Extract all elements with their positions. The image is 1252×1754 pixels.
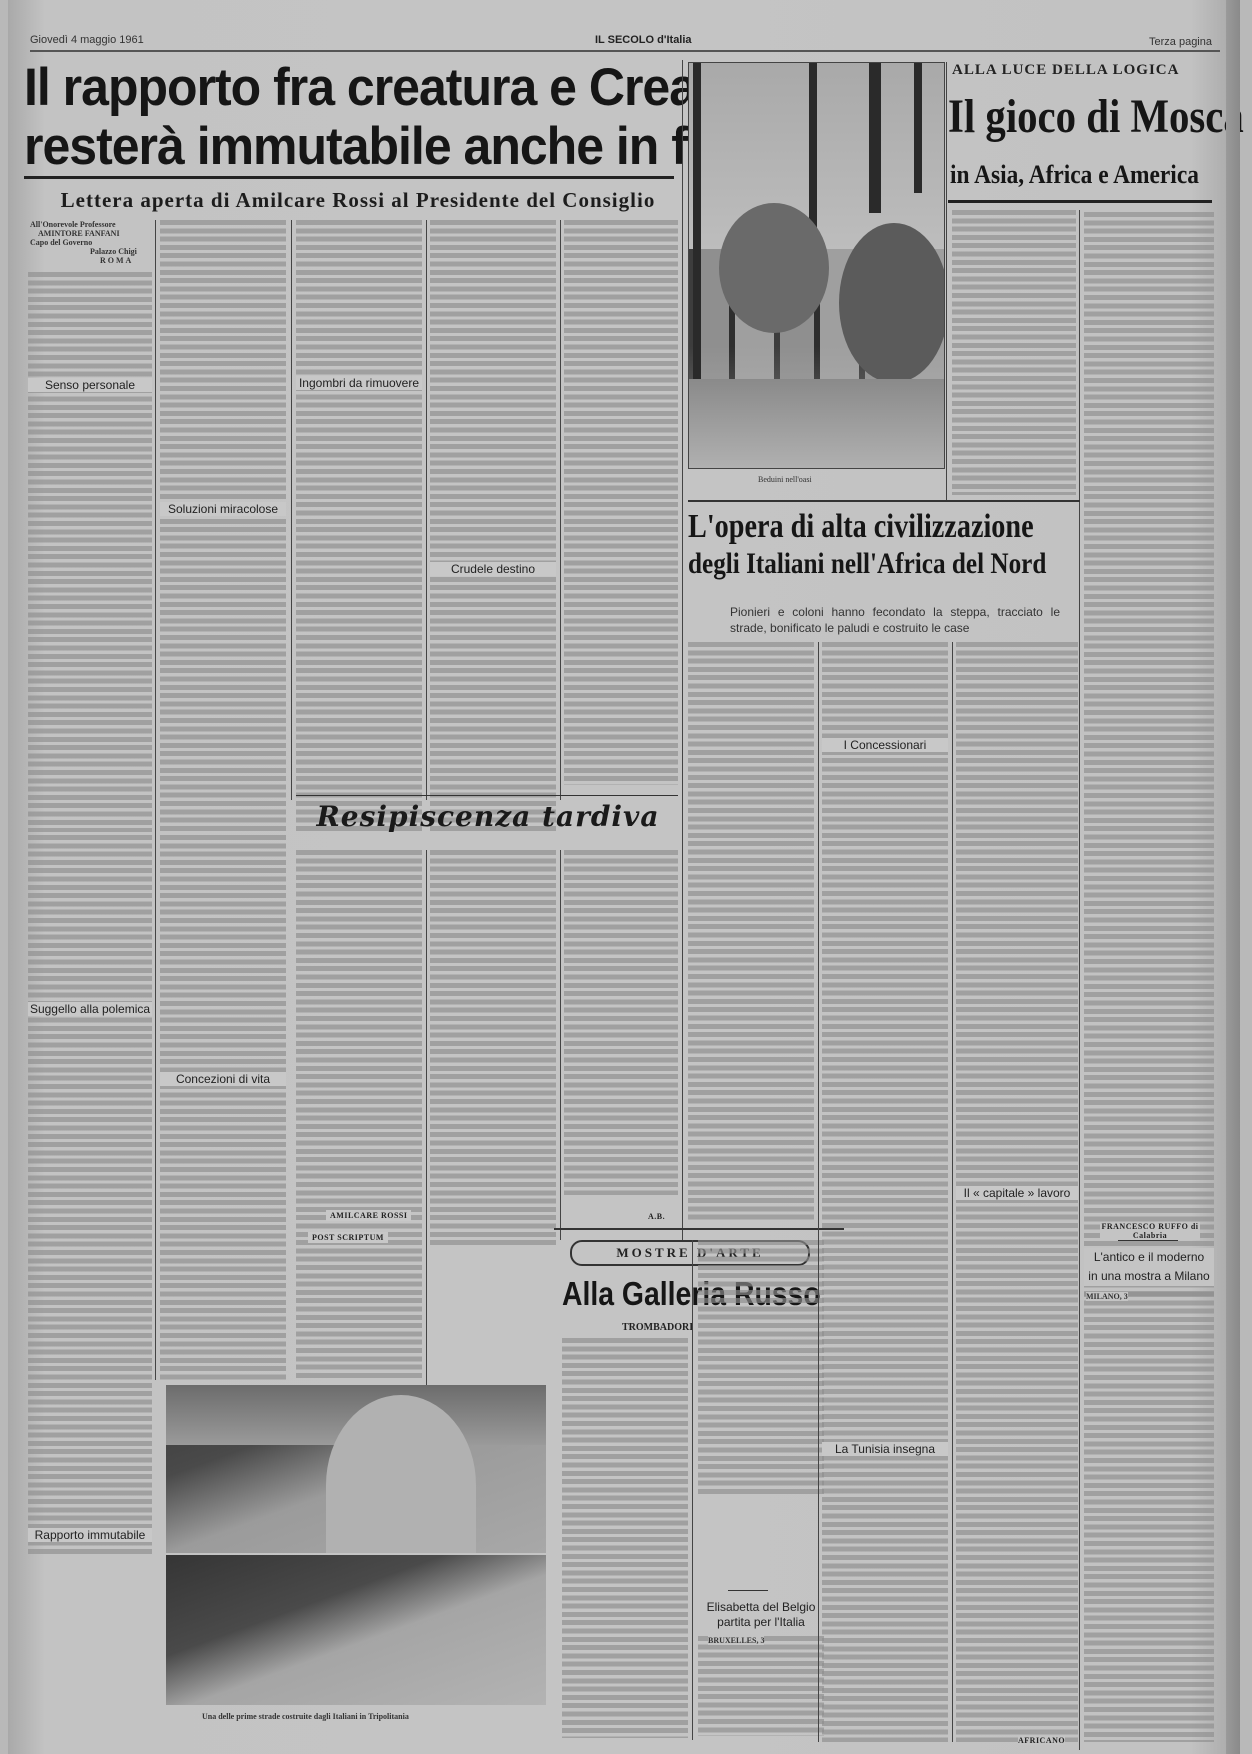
resipiscenza-headline: Resipiscenza tardiva: [298, 800, 678, 833]
elisabetta-headline-line2: partita per l'Italia: [698, 1615, 824, 1630]
subhead: Ingombri da rimuovere: [296, 376, 422, 390]
arte-column-1: [562, 1338, 688, 1738]
addressee-line: ROMA: [30, 256, 150, 265]
section-rule: [554, 1228, 844, 1230]
page-edge: [1226, 0, 1240, 1754]
addressee-line: Capo del Governo: [30, 238, 150, 247]
camels-photo-caption: Beduini nell'oasi: [758, 475, 812, 484]
masthead: Giovedì 4 maggio 1961 IL SECOLO d'Italia…: [30, 30, 1240, 52]
road-photo-caption: Una delle prime strade costruite dagli I…: [202, 1712, 409, 1721]
column-rule: [426, 850, 427, 1390]
subhead: I Concessionari: [822, 738, 948, 752]
elisabetta-headline: Elisabetta del Belgio partita per l'Ital…: [698, 1600, 824, 1630]
road-photo: [166, 1385, 546, 1553]
masthead-rule: [30, 50, 1220, 52]
main-headline: Il rapporto fra creatura e Creatore rest…: [24, 58, 680, 176]
column-rule: [946, 62, 947, 502]
main-article-signature: AMILCARE ROSSI: [326, 1210, 411, 1221]
addressee-line: Palazzo Chigi: [30, 247, 150, 256]
section-rule: [296, 795, 678, 796]
column-rule: [560, 220, 561, 800]
main-article-column-1-continued: [28, 835, 152, 1555]
headline-rule: [24, 176, 674, 179]
column-rule: [818, 642, 819, 1742]
right-kicker: ALLA LUCE DELLA LOGICA: [952, 62, 1179, 79]
column-rule: [692, 1240, 693, 1740]
camels-photo: [688, 62, 945, 469]
subhead: Suggello alla polemica: [28, 1002, 152, 1016]
milano-headline: L'antico e il moderno in una mostra a Mi…: [1084, 1248, 1214, 1286]
section-rule: [688, 500, 1080, 502]
main-article-column-3: [296, 220, 422, 832]
headline-rule: [948, 200, 1212, 203]
post-scriptum-label: POST SCRIPTUM: [308, 1232, 388, 1243]
resipiscenza-signature: A.B.: [648, 1212, 665, 1221]
resipiscenza-column-1: [296, 850, 422, 1380]
column-rule: [155, 220, 156, 1380]
right-article-column-2: [1084, 212, 1214, 1297]
milano-headline-line1: L'antico e il moderno: [1084, 1248, 1214, 1267]
newspaper-page: Giovedì 4 maggio 1961 IL SECOLO d'Italia…: [8, 0, 1240, 1754]
milano-body: [1084, 1292, 1214, 1742]
milano-dateline: MILANO, 3: [1086, 1292, 1128, 1301]
subhead: Rapporto immutabile: [28, 1528, 152, 1542]
right-headline: Il gioco di Mosca: [948, 92, 1244, 142]
column-rule: [426, 220, 427, 800]
subhead: Il « capitale » lavoro: [956, 1186, 1078, 1200]
addressee-block: All'Onorevole Professore AMINTORE FANFAN…: [30, 220, 150, 265]
africa-column-1: [688, 642, 814, 1222]
africa-column-2: [822, 642, 948, 1742]
resipiscenza-column-2: [430, 850, 556, 1245]
road-photo-lower: [166, 1555, 546, 1705]
subhead: Senso personale: [28, 378, 152, 392]
main-article-column-1: [28, 272, 152, 832]
column-rule: [682, 60, 683, 1240]
paper-name: IL SECOLO d'Italia: [595, 34, 692, 46]
subhead: Concezioni di vita: [160, 1072, 286, 1086]
right-article-signature: FRANCESCO RUFFO di Calabria: [1100, 1222, 1200, 1240]
right-article-column-1: [952, 210, 1076, 495]
column-rule: [560, 850, 561, 1240]
elisabetta-headline-line1: Elisabetta del Belgio: [698, 1600, 824, 1615]
main-article-column-4: [430, 220, 556, 832]
section-name: Terza pagina: [1149, 36, 1212, 48]
africa-deck: Pionieri e coloni hanno fecondato la ste…: [730, 604, 1060, 636]
africa-signature: AFRICANO: [1018, 1736, 1065, 1745]
subhead: Soluzioni miracolose: [160, 502, 286, 516]
addressee-line: AMINTORE FANFANI: [30, 229, 150, 238]
arte-byline: TROMBADORI: [622, 1322, 693, 1333]
milano-headline-line2: in una mostra a Milano: [1084, 1267, 1214, 1286]
main-article-column-5: [564, 220, 678, 785]
brief-rule: [1118, 1240, 1178, 1241]
brief-rule: [728, 1590, 768, 1591]
main-article-column-2-continued: [160, 835, 286, 1380]
resipiscenza-column-3: [564, 850, 678, 1195]
main-headline-line1: Il rapporto fra creatura e Creatore: [24, 58, 680, 117]
africa-headline-line1: L'opera di alta civilizzazione: [688, 508, 1012, 546]
column-rule: [1079, 210, 1080, 1750]
issue-date: Giovedì 4 maggio 1961: [30, 34, 144, 46]
main-subheadline: Lettera aperta di Amilcare Rossi al Pres…: [48, 188, 668, 213]
main-headline-line2: resterà immutabile anche in futuro: [24, 117, 680, 176]
subhead: La Tunisia insegna: [822, 1442, 948, 1456]
addressee-line: All'Onorevole Professore: [30, 220, 150, 229]
main-article-column-2: [160, 220, 286, 832]
elisabetta-body: [698, 1636, 824, 1736]
elisabetta-dateline: BRUXELLES, 3: [708, 1636, 764, 1645]
africa-headline-line2: degli Italiani nell'Africa del Nord: [688, 548, 1046, 580]
column-rule: [291, 220, 292, 800]
subhead: Crudele destino: [430, 562, 556, 576]
right-subheadline: in Asia, Africa e America: [950, 160, 1199, 190]
arte-column-2: [698, 1240, 824, 1495]
column-rule: [952, 642, 953, 1742]
